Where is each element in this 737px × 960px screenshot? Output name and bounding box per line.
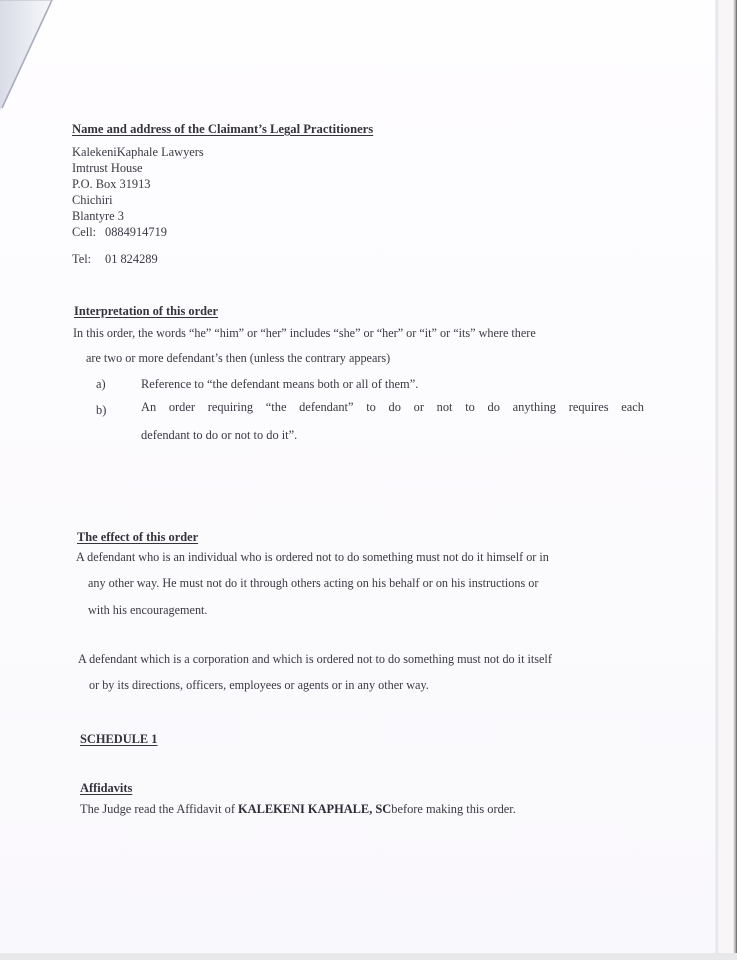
schedule-heading: SCHEDULE 1	[80, 732, 157, 746]
affidavit-text-before: The Judge read the Affidavit of	[80, 802, 238, 816]
tel-number: 01 824289	[105, 252, 158, 266]
effect-heading: The effect of this order	[77, 530, 198, 544]
effect-para2-line-1: A defendant which is a corporation and w…	[78, 652, 552, 666]
interpretation-intro-line-2: are two or more defendant’s then (unless…	[86, 351, 390, 365]
scanned-document-page: Name and address of the Claimant’s Legal…	[0, 0, 737, 960]
tel-label: Tel:	[72, 252, 91, 266]
affidavits-heading: Affidavits	[80, 781, 132, 795]
effect-para1-line-3: with his encouragement.	[88, 603, 207, 617]
item-a-marker: a)	[96, 377, 106, 391]
bottom-border	[0, 953, 737, 960]
deponent-name: KALEKENI KAPHALE, SC	[238, 802, 391, 816]
address-line-city: Blantyre 3	[72, 209, 124, 223]
effect-para1-line-2: any other way. He must not do it through…	[88, 576, 538, 590]
effect-para1-line-1: A defendant who is an individual who is …	[76, 550, 549, 564]
item-b-text-line-2: defendant to do or not to do it”.	[141, 428, 297, 442]
practitioners-heading: Name and address of the Claimant’s Legal…	[72, 122, 373, 136]
affidavit-statement: The Judge read the Affidavit of KALEKENI…	[80, 802, 516, 816]
page-edge-shadow	[715, 0, 737, 960]
affidavit-text-after: before making this order.	[391, 802, 516, 816]
address-line-firm: KalekeniKaphale Lawyers	[72, 145, 204, 159]
cell-number: 0884914719	[105, 225, 167, 239]
address-line-po-box: P.O. Box 31913	[72, 177, 151, 191]
interpretation-intro-line-1: In this order, the words “he” “him” or “…	[73, 326, 536, 340]
address-line-area: Chichiri	[72, 193, 113, 207]
cell-label: Cell:	[72, 225, 96, 239]
item-b-text-line-1: An order requiring “the defendant” to do…	[141, 400, 644, 414]
folded-corner-shadow	[0, 0, 80, 118]
item-b-marker: b)	[96, 403, 106, 417]
interpretation-heading: Interpretation of this order	[74, 304, 218, 318]
effect-para2-line-2: or by its directions, officers, employee…	[89, 678, 429, 692]
item-a-text: Reference to “the defendant means both o…	[141, 377, 418, 391]
address-line-building: Imtrust House	[72, 161, 143, 175]
